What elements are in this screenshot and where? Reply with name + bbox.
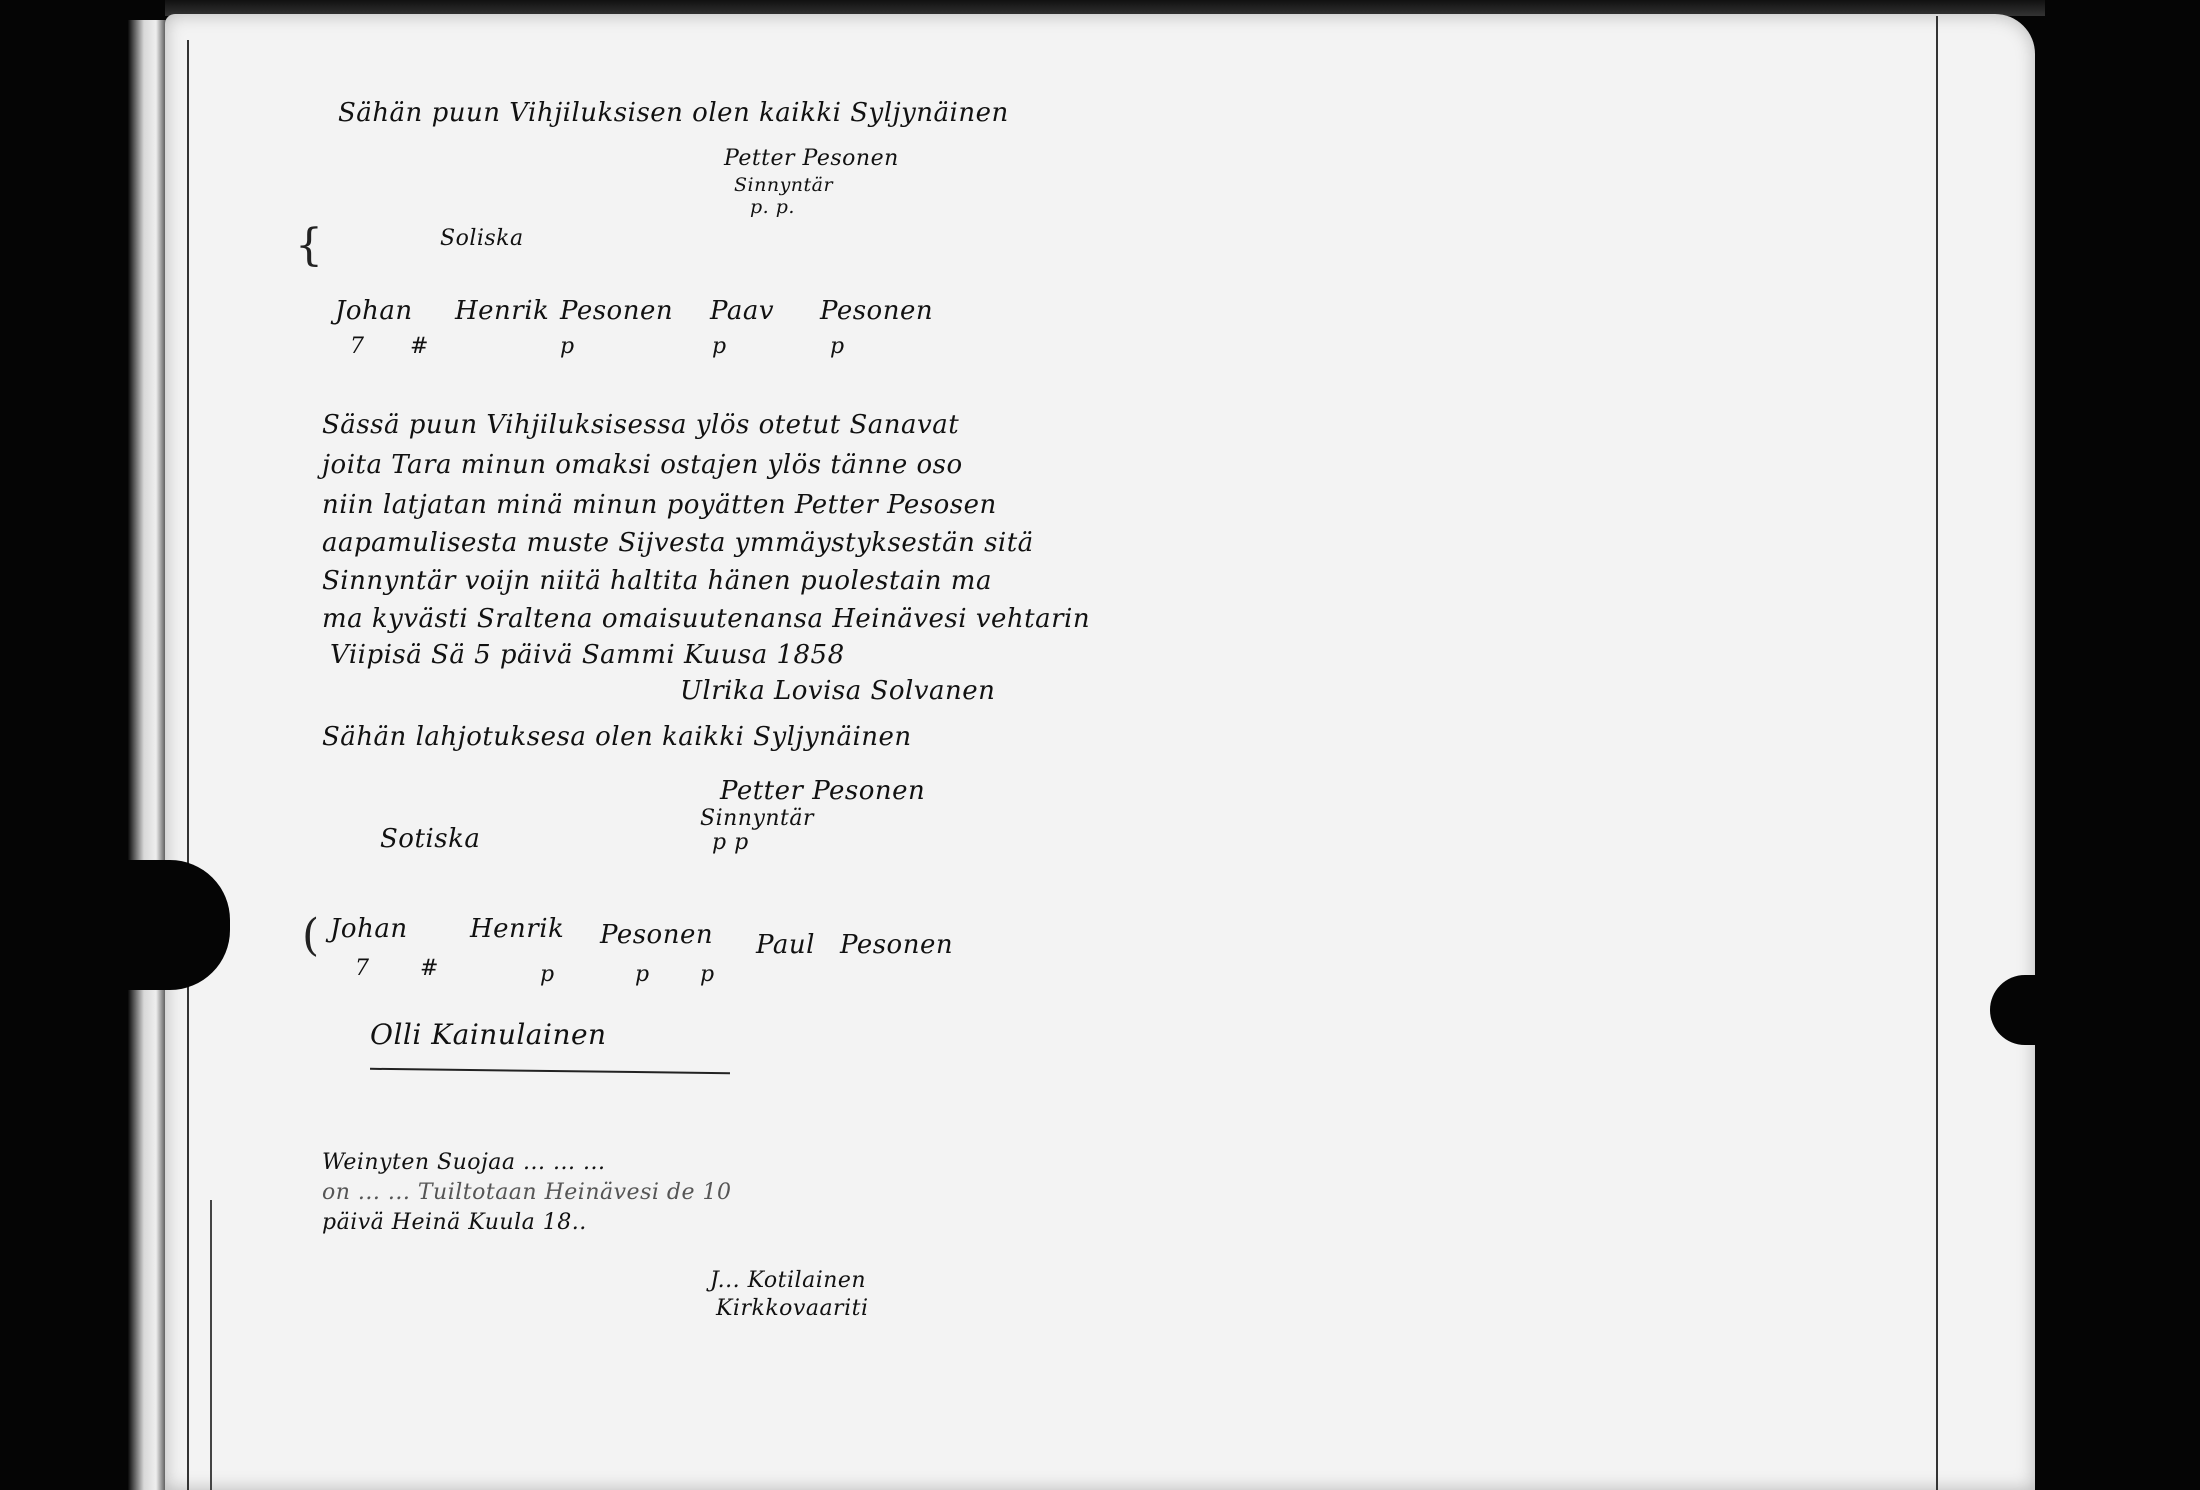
entry1-name-3: Pesonen: [560, 296, 673, 326]
inner-margin-rule: [210, 1200, 212, 1490]
entry1-name-5: Pesonen: [820, 296, 933, 326]
entry1-signature-role: Sinnyntär: [734, 174, 833, 196]
entry3-name-4: Paul: [756, 930, 815, 960]
book-gutter: [128, 20, 168, 1490]
right-page-clip: [1990, 975, 2060, 1045]
entry2-line-6: ma kyvästi Sraltena omaisuutenansa Heinä…: [322, 604, 1090, 634]
entry4-line-3: päivä Heinä Kuula 18..: [322, 1210, 587, 1235]
entry4-signature-line-1: J... Kotilainen: [710, 1268, 866, 1293]
entry3-signature-marks: p p: [712, 830, 749, 855]
entry2-line-4: aapamulisesta muste Sijvesta ymmäystykse…: [322, 528, 1034, 558]
entry1-name-1: Johan: [335, 296, 413, 326]
entry3-name-3: Pesonen: [600, 920, 713, 950]
entry4-line-2: on ... ... Tuiltotaan Heinävesi de 10: [322, 1180, 731, 1205]
left-margin-rule: [187, 40, 189, 1490]
entry3-mark-5: p: [700, 962, 715, 987]
entry1-signature-name: Petter Pesonen: [724, 146, 899, 171]
entry3-extra-name: Olli Kainulainen: [370, 1018, 607, 1051]
entry2-line-5: Sinnyntär voijn niitä haltita hänen puol…: [322, 566, 992, 596]
margin-bracket: {: [295, 220, 323, 271]
entry3-mark-3: p: [540, 962, 555, 987]
margin-bracket-2: (: [302, 910, 319, 961]
entry1-mark-3: p: [560, 334, 575, 359]
entry1-name-2: Henrik: [455, 296, 549, 326]
entry1-heading: Sähän puun Vihjiluksisen olen kaikki Syl…: [338, 98, 1009, 128]
entry3-signature-role: Sinnyntär: [700, 806, 814, 831]
entry3-witness-label: Sotiska: [380, 824, 480, 854]
entry2-line-2: joita Tara minun omaksi ostajen ylös tän…: [322, 450, 963, 480]
entry4-signature-line-2: Kirkkovaariti: [716, 1296, 869, 1321]
entry3-mark-2: #: [420, 956, 439, 981]
entry1-mark-1: 7: [350, 334, 365, 359]
entry1-name-4: Paav: [710, 296, 774, 326]
entry2-line-3: niin latjatan minä minun poyätten Petter…: [322, 490, 997, 520]
entry1-mark-5: p: [830, 334, 845, 359]
entry3-heading: Sähän lahjotuksesa olen kaikki Syljynäin…: [322, 722, 912, 752]
entry3-mark-4: p: [635, 962, 650, 987]
entry2-signature: Ulrika Lovisa Solvanen: [680, 676, 995, 706]
entry1-signature-marks: p. p.: [750, 196, 795, 218]
entry3-mark-1: 7: [355, 956, 370, 981]
entry3-name-2: Henrik: [470, 914, 564, 944]
entry1-mark-4: p: [712, 334, 727, 359]
entry1-mark-2: #: [410, 334, 429, 359]
entry1-witness-label: Soliska: [440, 226, 524, 251]
entry3-name-5: Pesonen: [840, 930, 953, 960]
entry2-line-1: Sässä puun Vihjiluksisessa ylös otetut S…: [322, 410, 959, 440]
entry2-line-7: Viipisä Sä 5 päivä Sammi Kuusa 1858: [330, 640, 845, 670]
left-page-clip: [0, 860, 230, 990]
right-margin-rule: [1936, 16, 1938, 1490]
entry3-signature-name: Petter Pesonen: [720, 776, 925, 806]
entry4-line-1: Weinyten Suojaa ... ... ...: [322, 1150, 605, 1175]
entry3-name-1: Johan: [330, 914, 408, 944]
